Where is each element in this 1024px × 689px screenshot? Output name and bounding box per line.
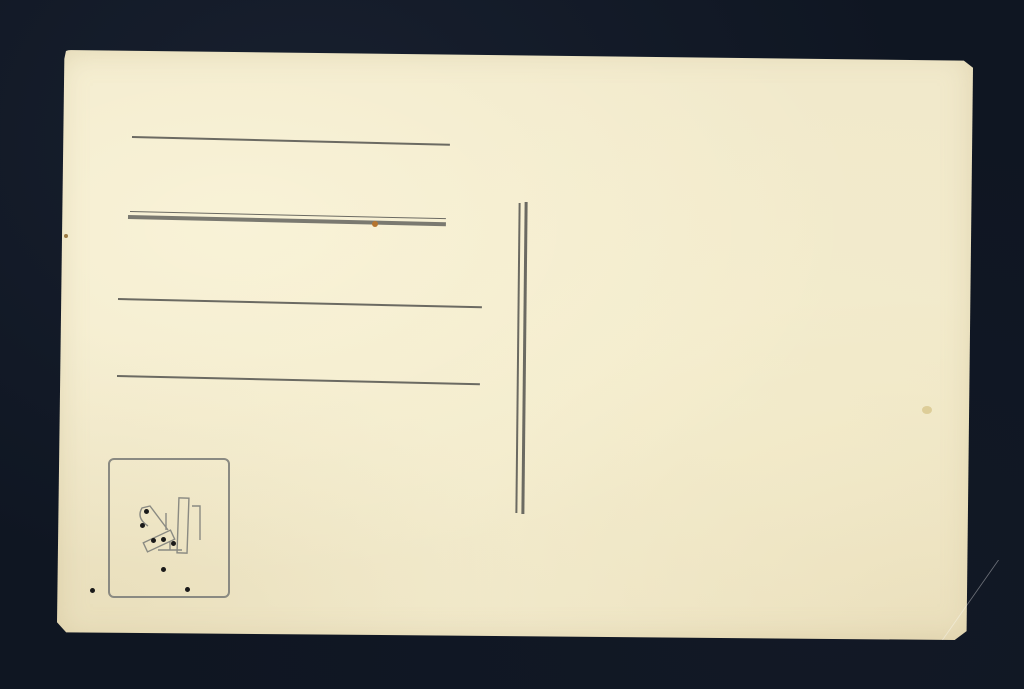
perforation-dot [171, 541, 176, 546]
perforation-dot [161, 537, 166, 542]
perforation-dot [90, 588, 95, 593]
paper-blemish [922, 406, 932, 414]
perforation-dot [185, 587, 190, 592]
perforation-dot [144, 509, 149, 514]
perforation-dot [140, 523, 145, 528]
monogram-icon [108, 458, 226, 594]
rust-stain [372, 221, 378, 227]
edge-blemish [64, 234, 68, 238]
perforation-dot [151, 538, 156, 543]
stamp-box [108, 458, 230, 598]
perforation-dot [161, 567, 166, 572]
